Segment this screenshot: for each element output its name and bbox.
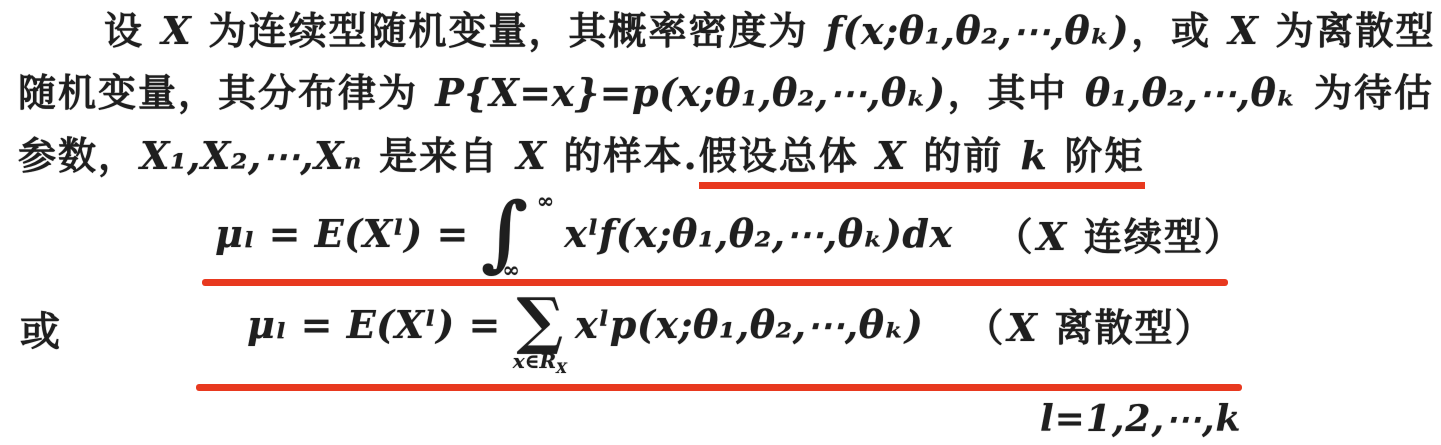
index-range-line: l=1,2,⋯,k (1040, 398, 1241, 440)
summation-glyph: ∑ (517, 293, 564, 349)
cjk-text: 的样本. (548, 133, 698, 178)
math-text: θ₁,θ₂,⋯,θₖ (1083, 70, 1299, 115)
math-text: X (1005, 305, 1039, 350)
cjk-text: 为离散型 (1260, 8, 1435, 53)
cjk-text: 连续型） (1069, 214, 1244, 259)
math-text: X₁,X₂,⋯,Xₙ (138, 133, 364, 178)
formula-discrete-body: xˡp(x;θ₁,θ₂,⋯,θₖ) (575, 302, 923, 347)
formula-continuous-note: （X 连续型） (995, 206, 1244, 261)
math-text: X (1035, 214, 1069, 259)
red-underline-discrete (196, 384, 1242, 391)
cjk-text: ，其中 (948, 70, 1083, 115)
math-text: X (514, 133, 548, 178)
red-underline-continuous (202, 279, 1228, 286)
cjk-text: 离散型） (1039, 305, 1214, 350)
cjk-text: 阶矩 (1049, 133, 1144, 178)
textbook-page: 设 X 为连续型随机变量，其概率密度为 f(x;θ₁,θ₂,⋯,θₖ)，或 X … (0, 0, 1441, 445)
cjk-text: ，或 (1131, 8, 1226, 53)
cjk-text: 随机变量，其分布律为 (18, 70, 433, 115)
formula-discrete: μₗ = E(Xˡ) = ∑ x∈RX xˡp(x;θ₁,θ₂,⋯,θₖ) （X… (247, 288, 1215, 360)
or-label: 或 (20, 300, 60, 357)
formula-discrete-note: （X 离散型） (965, 297, 1214, 352)
integral-sign: ∫ ∞ −∞ (481, 196, 529, 270)
cjk-text: 参数， (18, 133, 138, 178)
math-text: X (1226, 8, 1260, 53)
integral-upper-limit: ∞ (537, 188, 555, 213)
paragraph-line-2: 随机变量，其分布律为 P{X=x}=p(x;θ₁,θ₂,⋯,θₖ)，其中 θ₁,… (18, 70, 1434, 116)
formula-discrete-lhs: μₗ = E(Xˡ) = (247, 302, 501, 347)
cjk-text: 的前 (908, 133, 1018, 178)
formula-continuous-lhs: μₗ = E(Xˡ) = (215, 211, 469, 256)
math-text: X (874, 133, 908, 178)
math-text: X (159, 8, 193, 53)
math-text: f(x;θ₁,θ₂,⋯,θₖ) (824, 8, 1131, 53)
formula-continuous: μₗ = E(Xˡ) = ∫ ∞ −∞ xˡf(x;θ₁,θ₂,⋯,θₖ)dx … (215, 196, 1244, 270)
summation-index: x∈RX (513, 351, 567, 379)
cjk-text: 设 (104, 8, 159, 53)
cjk-text: 假设总体 (699, 133, 874, 178)
paragraph-line-3-plain: 参数，X₁,X₂,⋯,Xₙ 是来自 X 的样本. (18, 133, 699, 178)
cjk-text: （ (965, 305, 1005, 350)
math-text: P{X=x}=p(x;θ₁,θ₂,⋯,θₖ) (433, 70, 947, 115)
cjk-text: 是来自 (364, 133, 514, 178)
formula-continuous-body: xˡf(x;θ₁,θ₂,⋯,θₖ)dx (564, 211, 952, 256)
summation-index-subscript: X (556, 361, 567, 377)
summation-index-main: x∈R (513, 349, 556, 373)
math-text: k (1018, 133, 1049, 178)
summation-sign: ∑ x∈RX (513, 293, 567, 379)
paragraph-line-1: 设 X 为连续型随机变量，其概率密度为 f(x;θ₁,θ₂,⋯,θₖ)，或 X … (104, 8, 1436, 54)
cjk-text: 为连续型随机变量，其概率密度为 (193, 8, 823, 53)
red-underlined-phrase: 假设总体 X 的前 k 阶矩 (699, 133, 1145, 189)
paragraph-line-3: 参数，X₁,X₂,⋯,Xₙ 是来自 X 的样本.假设总体 X 的前 k 阶矩 (18, 133, 1145, 179)
cjk-text: 为待估 (1299, 70, 1434, 115)
cjk-text: （ (995, 214, 1035, 259)
